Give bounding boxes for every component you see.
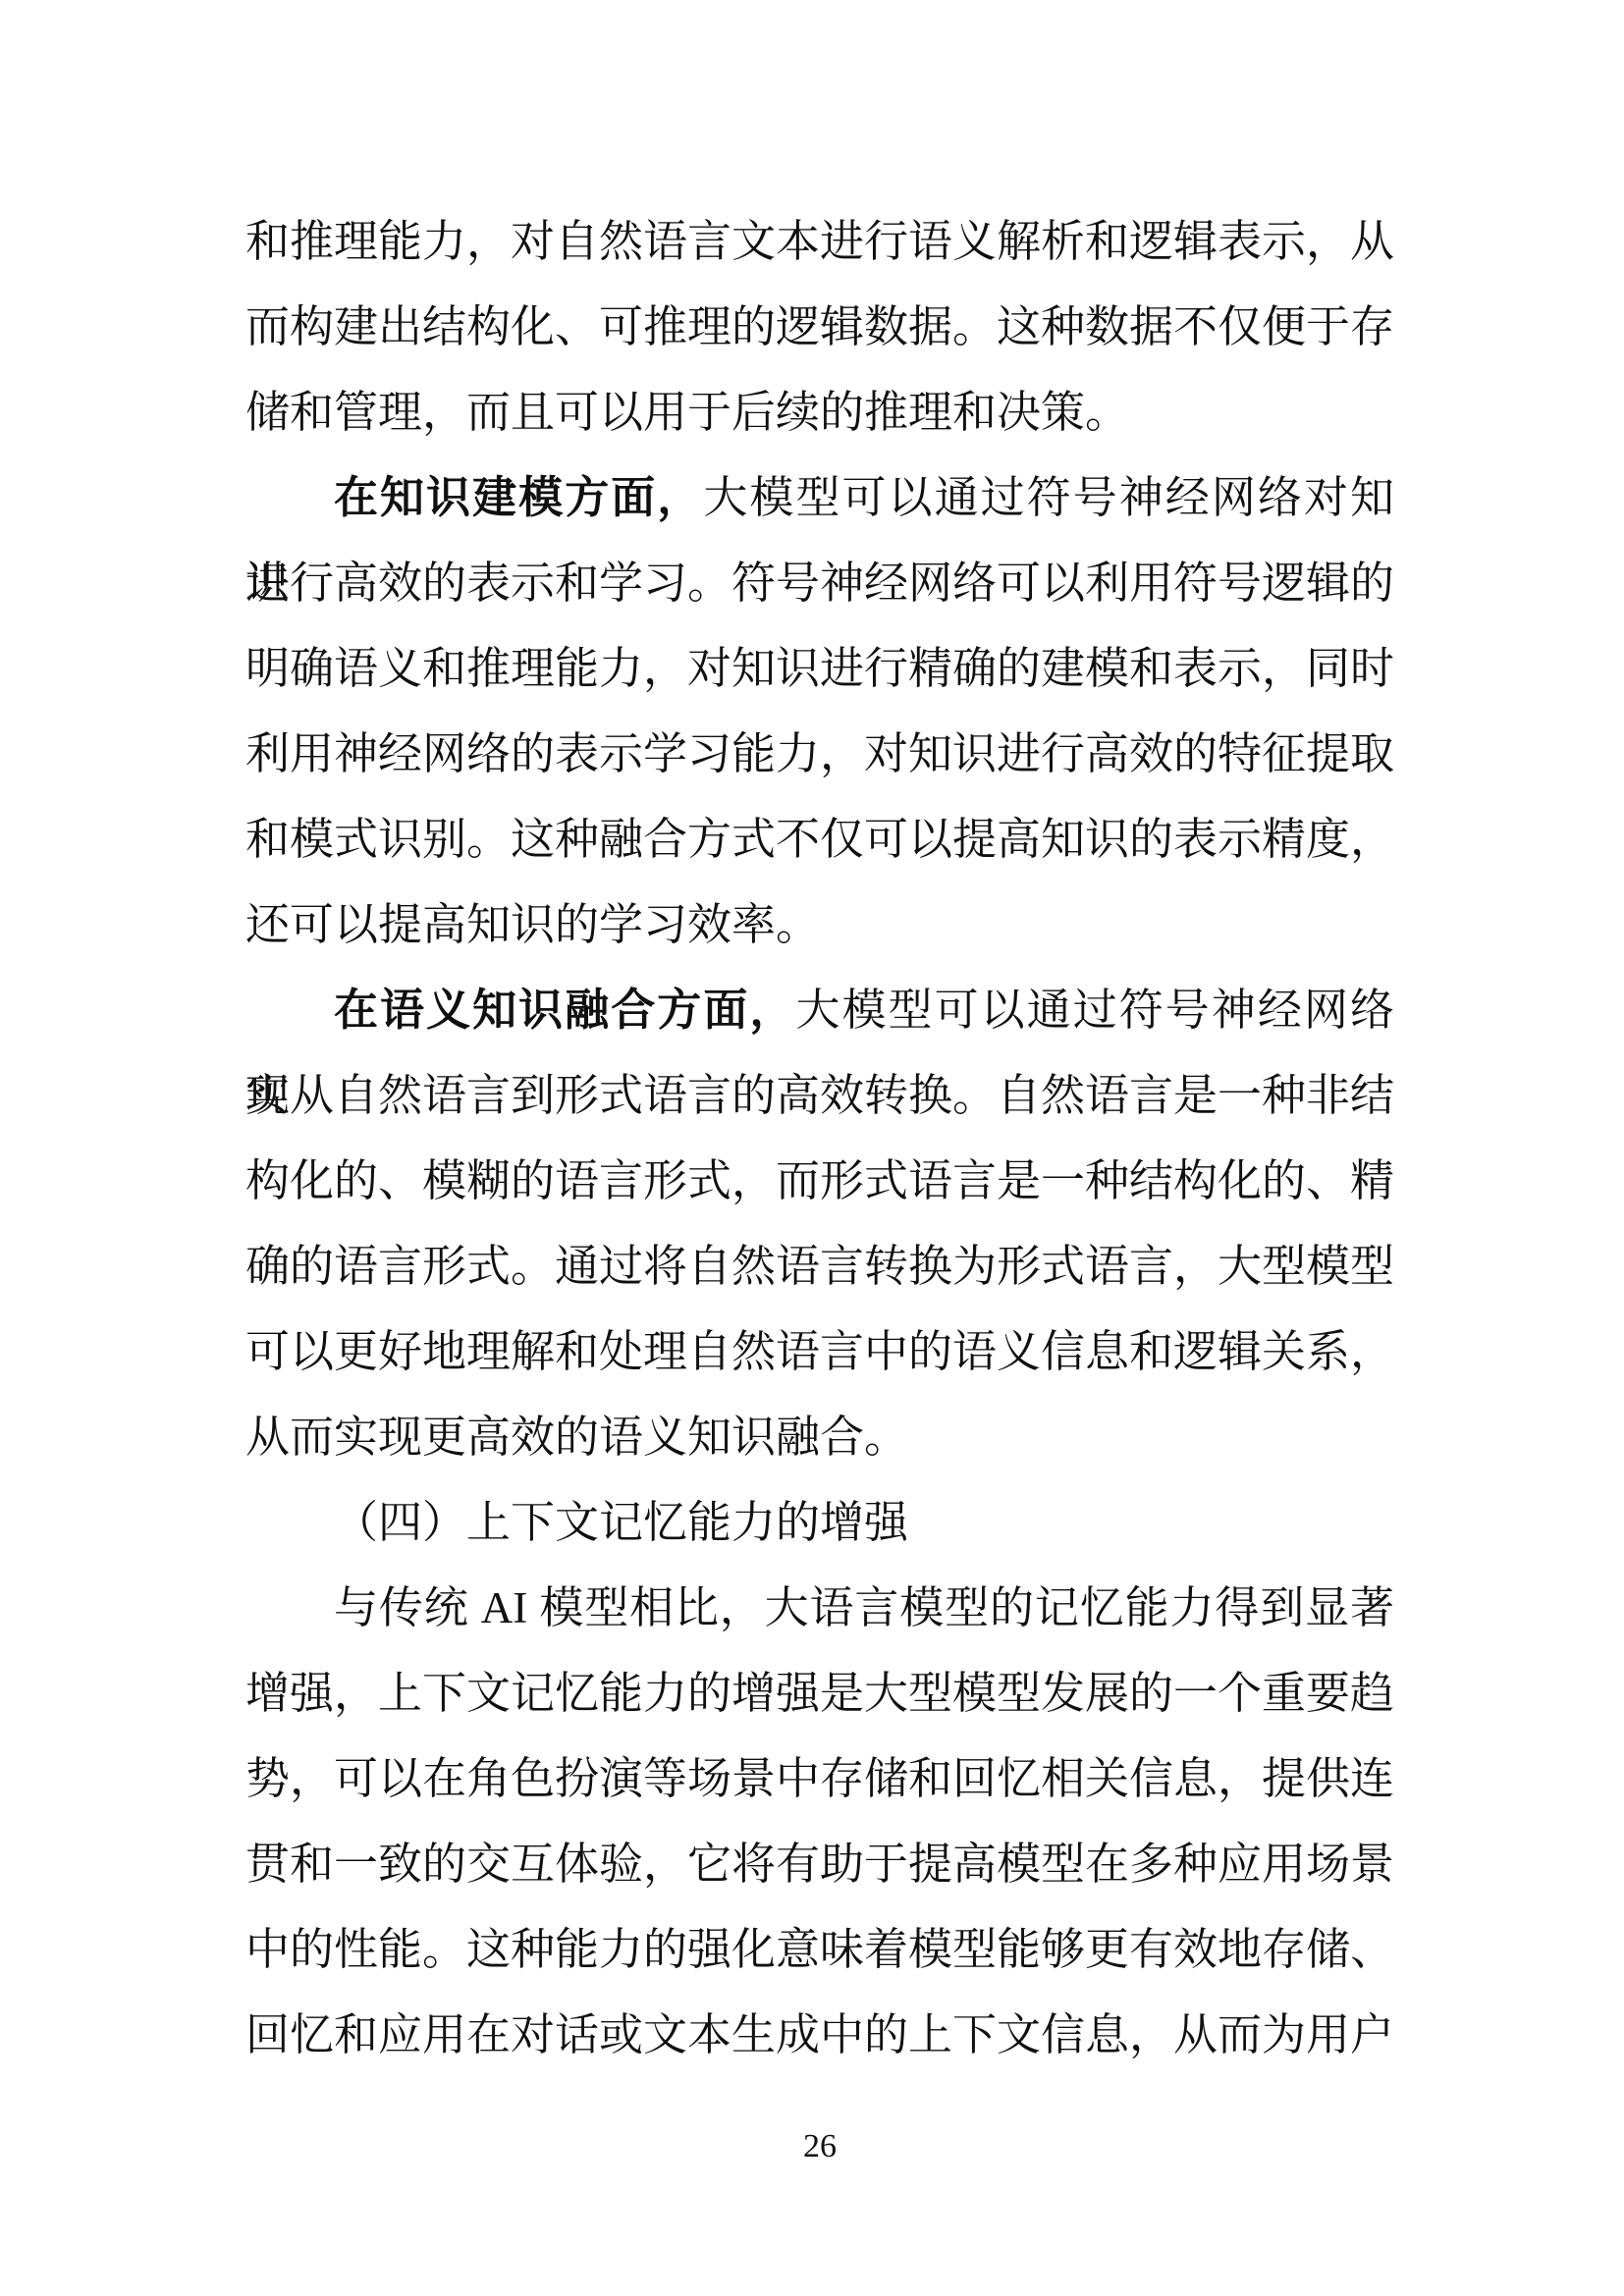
line-text: 还可以提高知识的学习效率。 [245,900,820,949]
heading-text: （四）上下文记忆能力的增强 [334,1498,908,1547]
text-line: 储和管理，而且可以用于后续的推理和决策。 [245,370,1394,455]
line-text: 回忆和应用在对话或文本生成中的上下文信息，从而为用户 [245,2010,1394,2059]
document-body: 和推理能力，对自然语言文本进行语义解析和逻辑表示，从 而构建出结构化、可推理的逻… [245,199,1394,2078]
line-text: 与传统 AI 模型相比，大语言模型的记忆能力得到显著 [334,1583,1394,1632]
line-text: 贯和一致的交互体验，它将有助于提高模型在多种应用场景 [245,1840,1394,1889]
line-text: 可以更好地理解和处理自然语言中的语义信息和逻辑关系， [245,1327,1394,1376]
emphasis-run: 在知识建模方面， [334,473,703,522]
text-line: 利用神经网络的表示学习能力，对知识进行高效的特征提取 [245,712,1394,797]
line-text: 进行高效的表示和学习。符号神经网络可以利用符号逻辑的 [245,559,1394,608]
text-line: 而构建出结构化、可推理的逻辑数据。这种数据不仅便于存 [245,285,1394,370]
text-line: 与传统 AI 模型相比，大语言模型的记忆能力得到显著 [245,1566,1394,1651]
text-line: 现从自然语言到形式语言的高效转换。自然语言是一种非结 [245,1053,1394,1139]
line-text: 构化的、模糊的语言形式，而形式语言是一种结构化的、精 [245,1156,1394,1205]
text-line: 可以更好地理解和处理自然语言中的语义信息和逻辑关系， [245,1309,1394,1395]
text-line: 构化的、模糊的语言形式，而形式语言是一种结构化的、精 [245,1139,1394,1224]
text-line: 中的性能。这种能力的强化意味着模型能够更有效地存储、 [245,1907,1394,1993]
line-text: 和模式识别。这种融合方式不仅可以提高知识的表示精度， [245,815,1394,864]
text-line: 还可以提高知识的学习效率。 [245,882,1394,968]
emphasis-run: 在语义知识融合方面， [334,986,795,1035]
line-text: 现从自然语言到形式语言的高效转换。自然语言是一种非结 [245,1071,1394,1120]
text-line: 贯和一致的交互体验，它将有助于提高模型在多种应用场景 [245,1822,1394,1907]
text-line: 和模式识别。这种融合方式不仅可以提高知识的表示精度， [245,797,1394,882]
document-page: 和推理能力，对自然语言文本进行语义解析和逻辑表示，从 而构建出结构化、可推理的逻… [0,0,1624,2296]
line-text: 从而实现更高效的语义知识融合。 [245,1413,908,1462]
line-text: 确的语言形式。通过将自然语言转换为形式语言，大型模型 [245,1242,1394,1291]
line-text: 明确语义和推理能力，对知识进行精确的建模和表示，同时 [245,644,1394,693]
text-line: 进行高效的表示和学习。符号神经网络可以利用符号逻辑的 [245,541,1394,626]
text-line: 势，可以在角色扮演等场景中存储和回忆相关信息，提供连 [245,1736,1394,1822]
text-line: 明确语义和推理能力，对知识进行精确的建模和表示，同时 [245,626,1394,712]
line-text: 和推理能力，对自然语言文本进行语义解析和逻辑表示，从 [245,217,1394,266]
line-text: 增强，上下文记忆能力的增强是大型模型发展的一个重要趋 [245,1669,1394,1718]
text-line: 和推理能力，对自然语言文本进行语义解析和逻辑表示，从 [245,199,1394,285]
line-text: 而构建出结构化、可推理的逻辑数据。这种数据不仅便于存 [245,302,1394,351]
line-text: 利用神经网络的表示学习能力，对知识进行高效的特征提取 [245,729,1394,778]
section-heading: （四）上下文记忆能力的增强 [245,1480,1394,1566]
text-line: 在知识建模方面，大模型可以通过符号神经网络对知识 [245,455,1394,541]
line-text: 中的性能。这种能力的强化意味着模型能够更有效地存储、 [245,1925,1394,1974]
page-number: 26 [245,2127,1394,2166]
text-line: 从而实现更高效的语义知识融合。 [245,1395,1394,1480]
line-text: 储和管理，而且可以用于后续的推理和决策。 [245,388,1129,437]
text-line: 增强，上下文记忆能力的增强是大型模型发展的一个重要趋 [245,1651,1394,1736]
line-text: 势，可以在角色扮演等场景中存储和回忆相关信息，提供连 [245,1754,1394,1803]
text-line: 确的语言形式。通过将自然语言转换为形式语言，大型模型 [245,1224,1394,1309]
text-line: 在语义知识融合方面，大模型可以通过符号神经网络实 [245,968,1394,1053]
text-line: 回忆和应用在对话或文本生成中的上下文信息，从而为用户 [245,1993,1394,2078]
